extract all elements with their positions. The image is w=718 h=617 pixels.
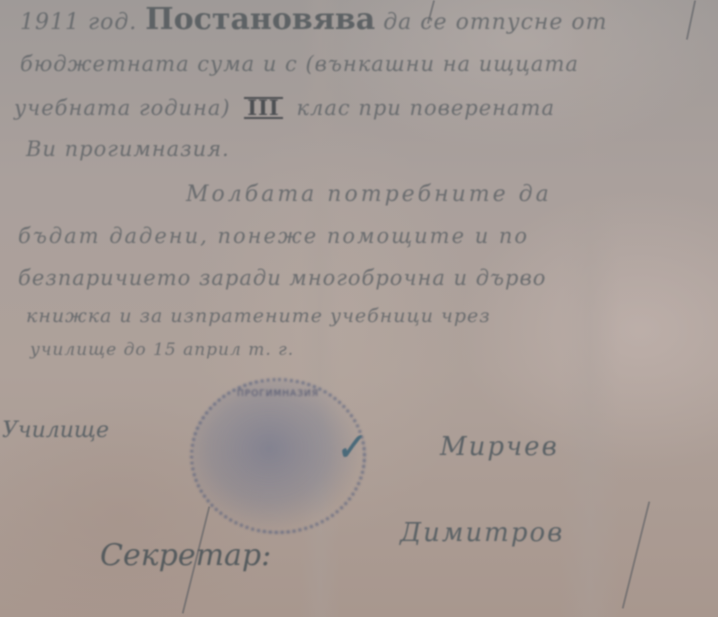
secretary-label: Секретар: — [100, 538, 271, 573]
line-3-prefix: учебната година) — [14, 96, 231, 120]
document-photo: 1911 год. Постановява да се отпусне от б… — [0, 0, 718, 617]
secretary-signature: Димитров — [400, 518, 564, 548]
paper-fold — [560, 0, 620, 617]
text-line-5: Молбата потребните да — [186, 182, 552, 207]
text-line-7: безпаричието заради многоброчна и дърво — [18, 266, 546, 290]
director-signature: Мирчев — [440, 432, 559, 462]
director-signature-mark: ✓ — [332, 426, 366, 470]
text-line-6: бъдат дадени, понеже помощите и по — [18, 224, 529, 248]
stamp-text: ПРОГИМНАЗИЯ — [237, 389, 319, 399]
text-line-1: 1911 год. Постановява да се отпусне от — [20, 2, 608, 37]
text-line-3: учебната година) III клас при поверената — [14, 96, 555, 120]
line-1-suffix: да се отпусне от — [383, 10, 607, 35]
text-line-9: училище до 15 април т. г. — [30, 340, 294, 360]
text-line-8: книжка и за изпратените учебници чрез — [26, 305, 491, 327]
line-3-suffix: клас при поверената — [296, 96, 555, 120]
roman-numeral: III — [244, 97, 282, 119]
line-1-bold-word: Постановява — [145, 2, 375, 37]
school-label: Училище — [2, 418, 109, 443]
pen-stroke — [686, 0, 696, 40]
text-line-2: бюджетната сума и с (вънкашни на ищцата — [20, 52, 579, 76]
line-1-prefix: 1911 год. — [20, 10, 137, 35]
pen-stroke — [622, 501, 651, 608]
text-line-4: Ви прогимназия. — [26, 137, 230, 161]
